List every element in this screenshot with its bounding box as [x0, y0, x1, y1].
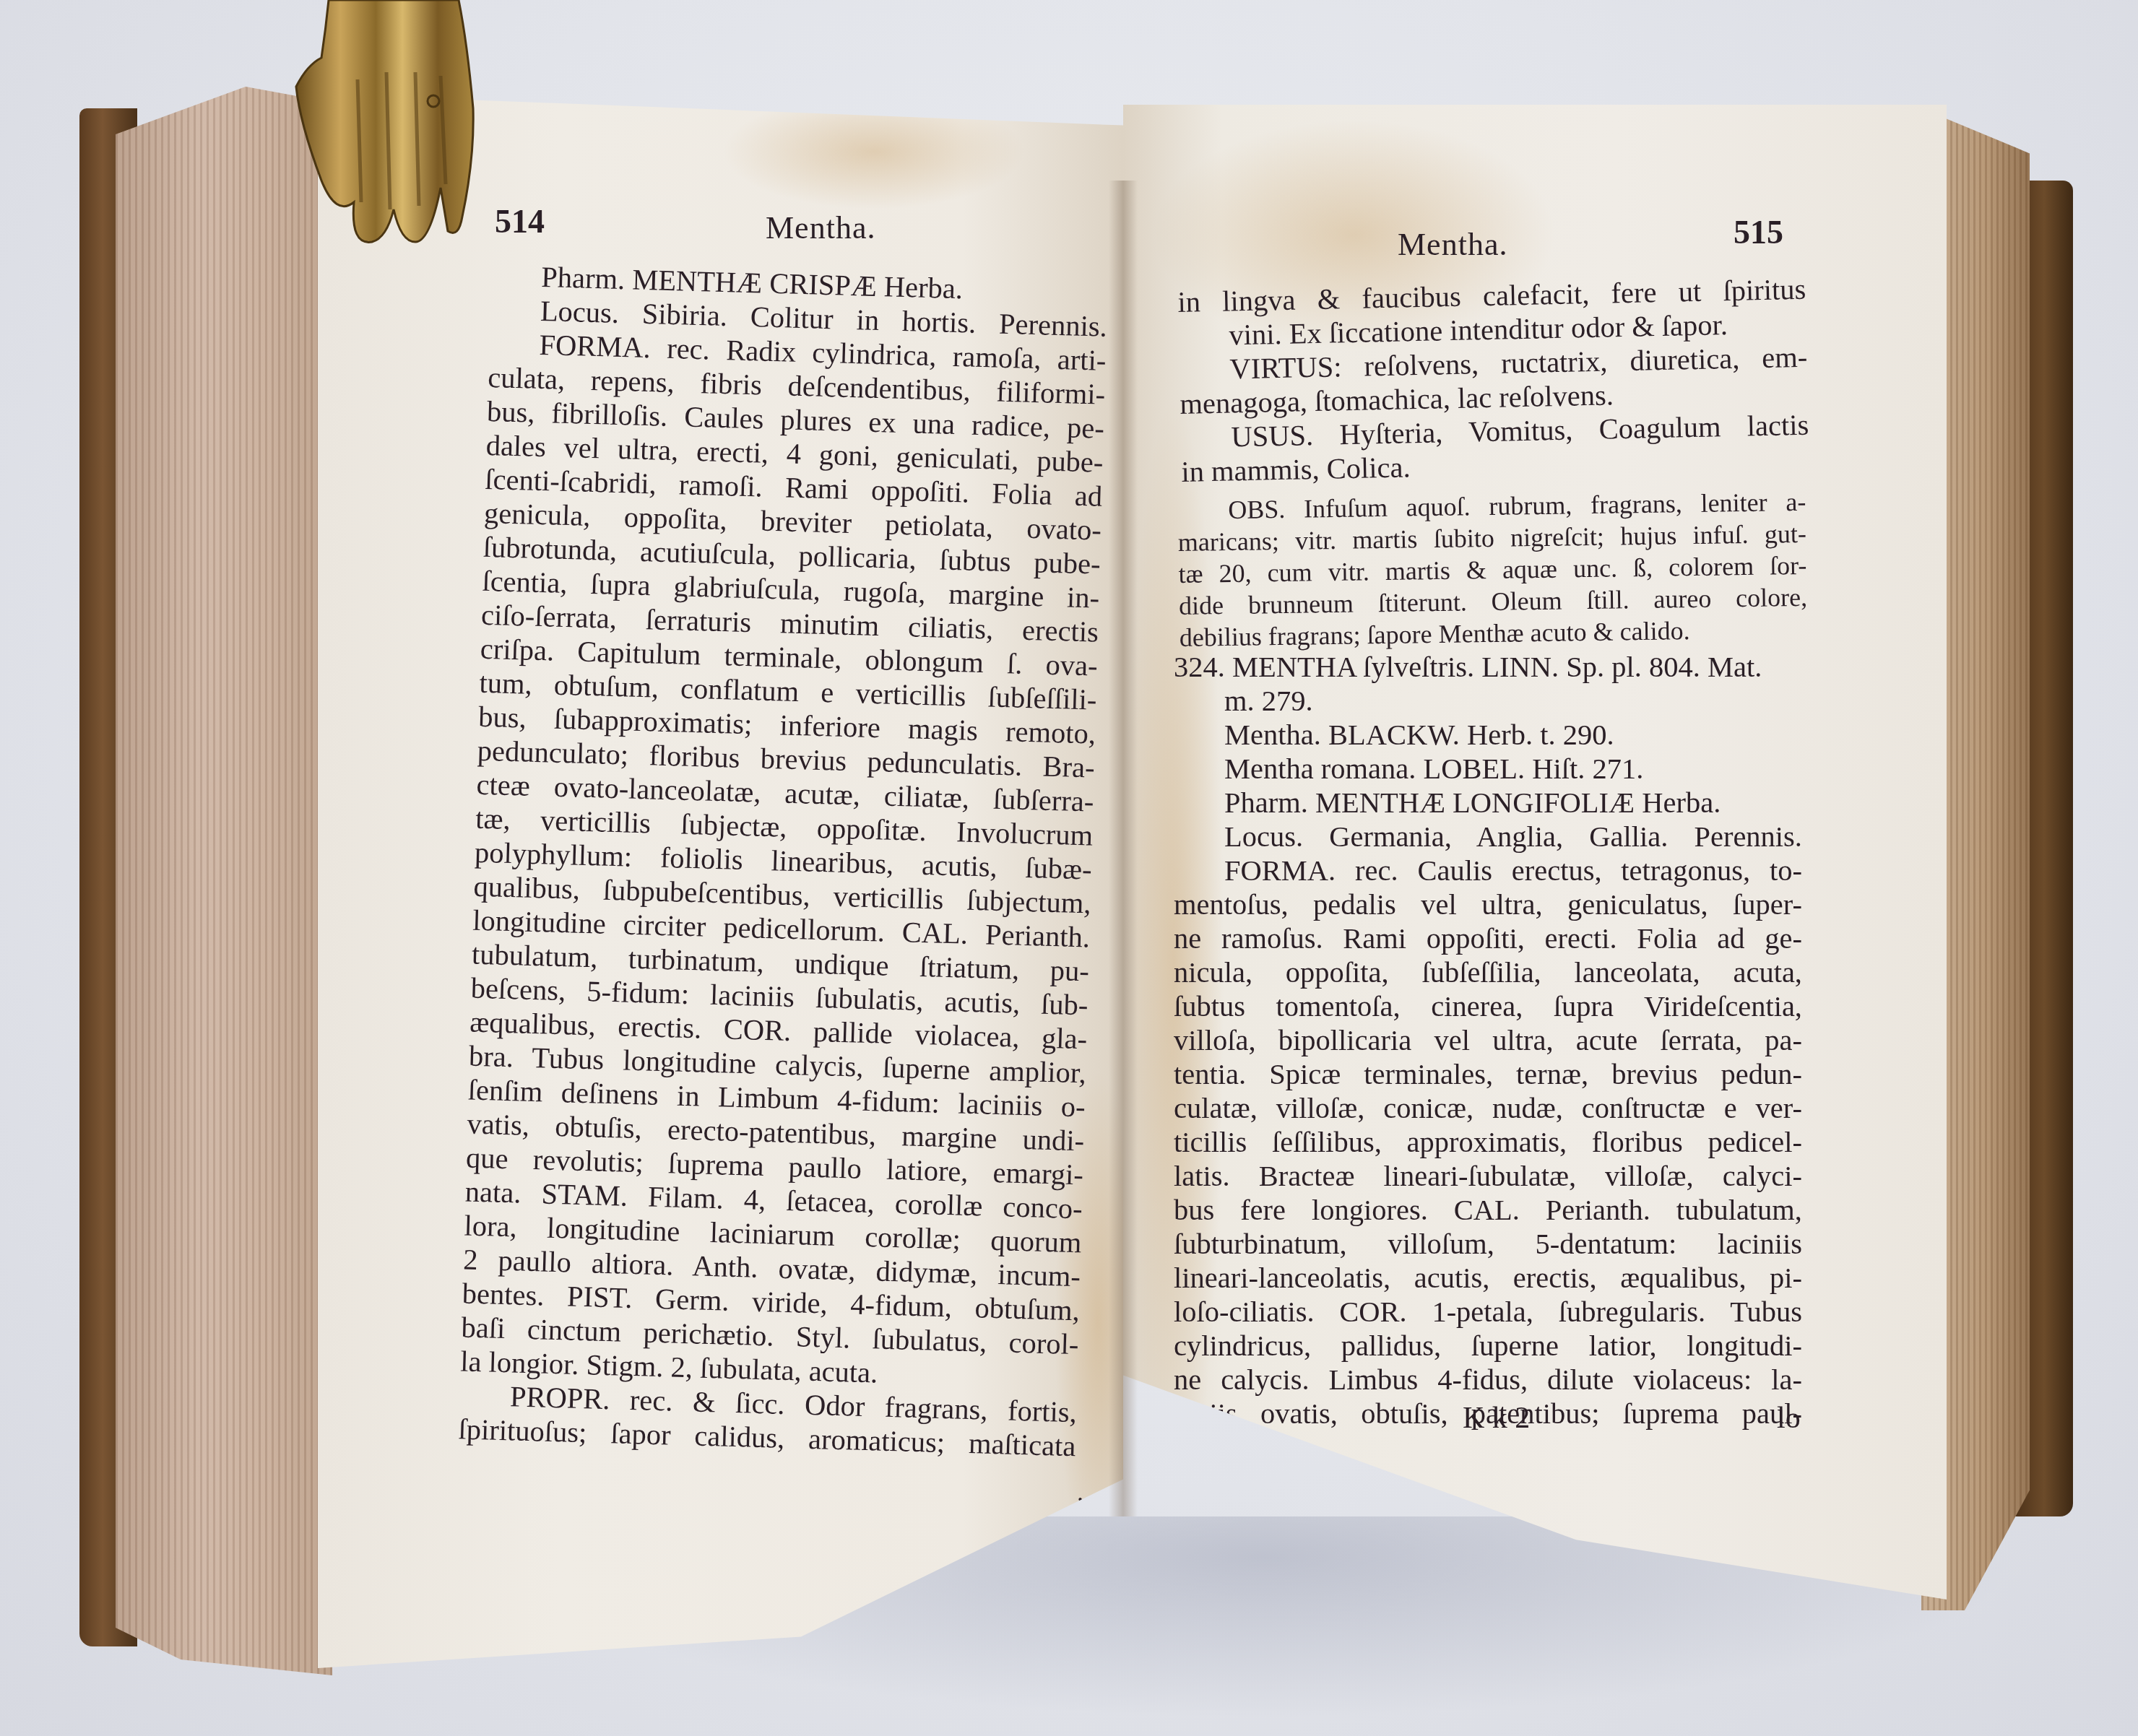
text-line: cylindricus, pallidus, ſuperne latior, l…: [1174, 1329, 1802, 1363]
page-number: 514: [495, 202, 545, 240]
text-line: lineari-lanceolatis, acutis, erectis, æq…: [1174, 1261, 1802, 1295]
book-photo: 514 Mentha. Pharm. MENTHÆ CRISPÆ Herba. …: [0, 0, 2138, 1736]
entry-heading-cont: m. 279.: [1174, 684, 1802, 718]
text-line: culatæ, villoſæ, conicæ, nudæ, conſtruct…: [1174, 1091, 1802, 1125]
signature-mark: K k 2: [1463, 1401, 1530, 1436]
text-line: ſubturbinatum, villoſum, 5-dentatum: lac…: [1174, 1227, 1802, 1261]
text-line: tentia. Spicæ terminales, ternæ, brevius…: [1174, 1057, 1802, 1091]
synonym-line: Pharm. MENTHÆ LONGIFOLIÆ Herba.: [1174, 786, 1802, 820]
text-line: mentoſus, pedalis vel ultra, geniculatus…: [1174, 887, 1802, 921]
entry-title: MENTHA ſylveſtris. LINN. Sp. pl. 804. Ma…: [1232, 651, 1762, 683]
text-line: villoſa, bipollicaria vel ultra, acute ſ…: [1174, 1023, 1802, 1057]
catchword: lo: [1777, 1401, 1801, 1436]
synonym-line: Mentha. BLACKW. Herb. t. 290.: [1174, 718, 1802, 752]
left-fore-edge: [116, 87, 332, 1675]
entry-heading: 324. MENTHA ſylveſtris. LINN. Sp. pl. 80…: [1174, 650, 1802, 684]
entry-number: 324.: [1174, 651, 1225, 683]
brass-hand-clip-icon: [278, 0, 495, 253]
text-line: ſubtus tomentoſa, cinerea, ſupra Viridеſ…: [1174, 989, 1802, 1023]
text-line: latis. Bracteæ lineari-ſubulatæ, villoſæ…: [1174, 1159, 1802, 1193]
gutter-shadow: [1109, 181, 1138, 1516]
left-page: 514 Mentha. Pharm. MENTHÆ CRISPÆ Herba. …: [318, 94, 1123, 1668]
synonym-line: Mentha romana. LOBEL. Hiſt. 271.: [1174, 752, 1802, 786]
left-body-text: Pharm. MENTHÆ CRISPÆ Herba. Locus. Sibir…: [458, 259, 1109, 1463]
right-page: Mentha. 515 in lingva & faucibus calefac…: [1123, 105, 1947, 1600]
page-number: 515: [1734, 213, 1783, 251]
running-head: Mentha.: [766, 209, 875, 246]
entry-324: 324. MENTHA ſylveſtris. LINN. Sp. pl. 80…: [1174, 650, 1802, 1431]
text-line: bus fere longiores. CAL. Perianth. tubul…: [1174, 1193, 1802, 1227]
right-body-text: in lingva & faucibus calefacit, fere ut …: [1177, 272, 1810, 489]
water-stain: [722, 94, 1026, 209]
text-line: ne ramoſus. Rami oppoſiti, erecti. Folia…: [1174, 921, 1802, 955]
text-line: FORMA. rec. Caulis erectus, tetragonus, …: [1174, 854, 1802, 887]
text-line: loſo-ciliatis. COR. 1-petala, ſubregular…: [1174, 1295, 1802, 1329]
text-line: nicula, oppoſita, ſubſeſſilia, lanceolat…: [1174, 955, 1802, 989]
right-obs-text: OBS. Infuſum aquoſ. rubrum, fragrans, le…: [1177, 486, 1808, 654]
text-line: ticillis ſeſſilibus, approximatis, flori…: [1174, 1125, 1802, 1159]
text-line: ne calycis. Limbus 4-fidus, dilute viola…: [1174, 1363, 1802, 1397]
running-head: Mentha.: [1398, 226, 1507, 263]
synonym-line: Locus. Germania, Anglia, Gallia. Perenni…: [1174, 820, 1802, 854]
